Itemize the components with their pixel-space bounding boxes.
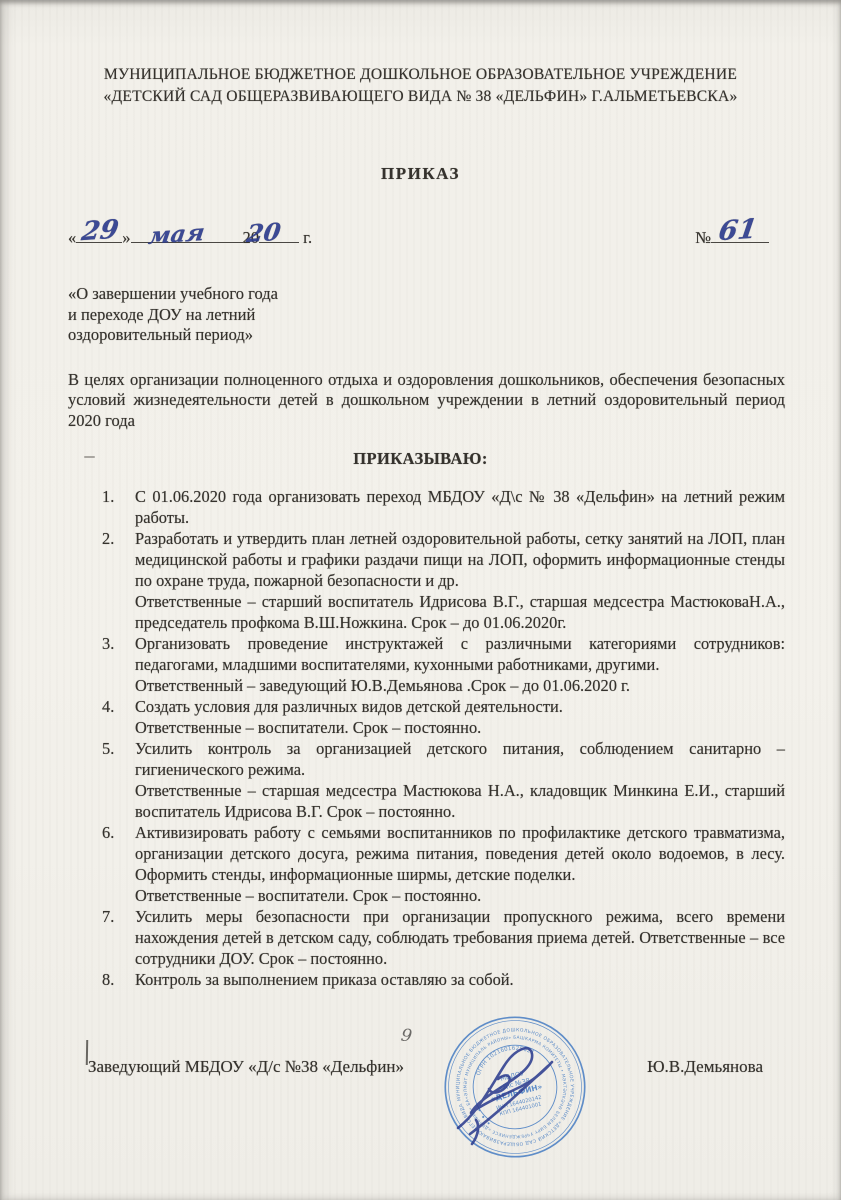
item-number: 4. [102, 696, 135, 738]
signature-row: Заведующий МБДОУ «Д/с №38 «Дельфин» Ю.В.… [88, 1057, 763, 1077]
item-text: Контроль за выполнением приказа оставляю… [135, 969, 785, 990]
year-blank: 20 [259, 242, 299, 243]
item-responsible: Ответственные – старшая медсестра Мастюк… [135, 780, 785, 822]
item-number: 7. [102, 906, 135, 969]
day-blank: 29 [76, 242, 122, 243]
order-item-3: 3. Организовать проведение инструктажей … [102, 633, 785, 696]
order-subject: «О завершении учебного года и переходе Д… [68, 284, 461, 346]
item-text: Активизировать работу с семьями воспитан… [135, 822, 785, 885]
item-responsible: Ответственные – воспитатели. Срок – пост… [135, 717, 785, 738]
subject-line1: «О завершении учебного года [68, 284, 461, 305]
item-responsible: Ответственный – заведующий Ю.В.Демьянова… [135, 675, 785, 696]
stamp-ogrn-text: ОГРН 1021601625621 [471, 1040, 538, 1078]
order-item-7: 7. Усилить меры безопасности при организ… [102, 906, 785, 969]
order-item-2: 2. Разработать и утвердить план летней о… [102, 528, 785, 633]
item-text: С 01.06.2020 года организовать переход М… [135, 486, 785, 528]
date-and-number-row: «29»мая2020 г. №61 [68, 224, 785, 258]
item-text: Усилить контроль за организацией детског… [135, 738, 785, 780]
order-item-6: 6. Активизировать работу с семьями воспи… [102, 822, 785, 906]
open-quote: « [68, 228, 76, 247]
item-number: 5. [102, 738, 135, 822]
item-text: Усилить меры безопасности при организаци… [135, 906, 785, 969]
document-title: ПРИКАЗ [0, 164, 841, 184]
year-suffix: г. [303, 228, 312, 247]
organization-name-line1: МУНИЦИПАЛЬНОЕ БЮДЖЕТНОЕ ДОШКОЛЬНОЕ ОБРАЗ… [40, 64, 801, 86]
official-round-stamp: МУНИЦИПАЛЬНОЕ БЮДЖЕТНОЕ ДОШКОЛЬНОЕ ОБРАЗ… [436, 1008, 594, 1166]
handwritten-number: 61 [717, 216, 759, 246]
item-text: Создать условия для различных видов детс… [135, 696, 785, 717]
handwritten-month: мая [147, 221, 206, 248]
item-number: 3. [102, 633, 135, 696]
organization-header: МУНИЦИПАЛЬНОЕ БЮДЖЕТНОЕ ДОШКОЛЬНОЕ ОБРАЗ… [40, 64, 801, 108]
order-item-1: 1. С 01.06.2020 года организовать перехо… [102, 486, 785, 528]
item-number: 6. [102, 822, 135, 906]
item-responsible: Ответственные – старший воспитатель Идри… [135, 591, 785, 633]
close-quote: » [122, 228, 130, 247]
order-number-field: №61 [695, 228, 769, 248]
subject-line2: и переходе ДОУ на летний [68, 305, 461, 326]
date-field: «29»мая2020 г. [68, 228, 312, 248]
order-item-4: 4. Создать условия для различных видов д… [102, 696, 785, 738]
scanned-order-document: МУНИЦИПАЛЬНОЕ БЮДЖЕТНОЕ ДОШКОЛЬНОЕ ОБРАЗ… [0, 0, 841, 1200]
resolve-heading: ПРИКАЗЫВАЮ: [0, 449, 841, 469]
item-number: 2. [102, 528, 135, 633]
month-blank: мая [131, 242, 243, 243]
subject-line3: оздоровительный период» [68, 325, 461, 346]
item-text: Организовать проведение инструктажей с р… [135, 633, 785, 675]
number-sign: № [695, 228, 711, 247]
item-responsible: Ответственные – воспитатели. Срок – пост… [135, 885, 785, 906]
order-preamble: В целях организации полноценного отдыха … [68, 370, 785, 432]
item-number: 8. [102, 969, 135, 990]
organization-name-line2: «ДЕТСКИЙ САД ОБЩЕРАЗВИВАЮЩЕГО ВИДА № 38 … [40, 86, 801, 108]
order-items-list: 1. С 01.06.2020 года организовать перехо… [102, 486, 785, 990]
order-item-5: 5. Усилить контроль за организацией детс… [102, 738, 785, 822]
item-number: 1. [102, 486, 135, 528]
signatory-position: Заведующий МБДОУ «Д/с №38 «Дельфин» [88, 1057, 404, 1077]
pen-mark: 9 [400, 1025, 414, 1046]
signatory-name: Ю.В.Демьянова [647, 1057, 763, 1077]
number-blank: 61 [711, 242, 769, 243]
item-text: Разработать и утвердить план летней оздо… [135, 528, 785, 591]
handwritten-year: 20 [245, 220, 282, 246]
order-item-8: 8. Контроль за выполнением приказа остав… [102, 969, 785, 990]
pen-mark-dash [84, 456, 95, 458]
svg-text:ОГРН 1021601625621: ОГРН 1021601625621 [471, 1040, 538, 1078]
handwritten-day: 29 [80, 217, 120, 245]
